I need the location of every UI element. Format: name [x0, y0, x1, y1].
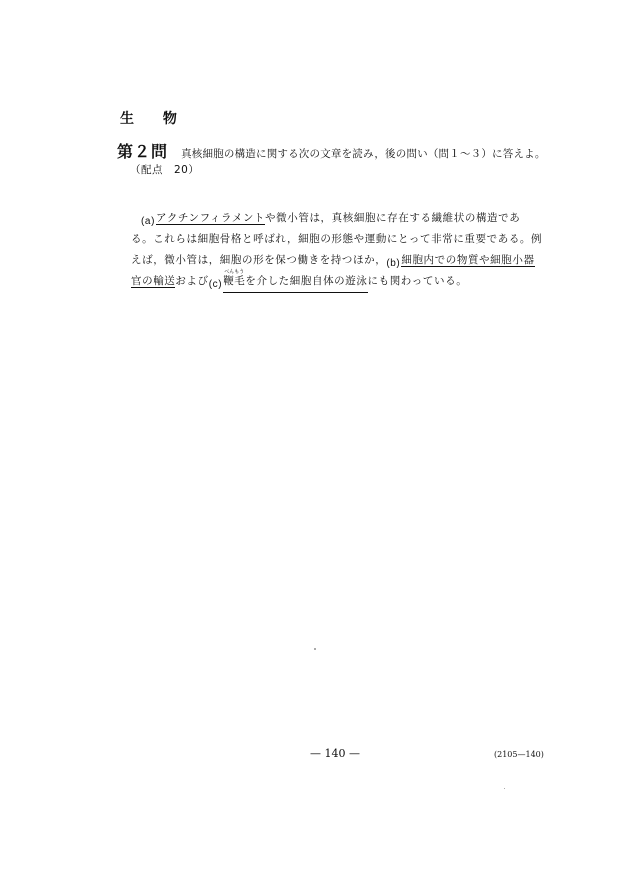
passage-line-2: る。これらは細胞骨格と呼ばれ，細胞の形態や運動にとって非常に重要である。例	[131, 229, 543, 250]
scan-speck	[504, 788, 505, 789]
subject-heading: 生 物	[120, 108, 189, 128]
question-points: （配点 20）	[130, 162, 199, 177]
passage-text: えば，微小管は，細胞の形を保つ働きを持つほか，	[131, 254, 386, 266]
passage-text: にも関わっている。	[368, 275, 468, 287]
page-number: — 140 —	[310, 747, 360, 760]
underlined-term-c: べんもう鞭毛を介した細胞自体の遊泳	[223, 271, 367, 293]
label-a: (a)	[141, 216, 155, 227]
question-header: 第２問 真核細胞の構造に関する次の文章を読み，後の問い（問１～３）に答えよ。	[117, 139, 546, 162]
label-c: (c)	[209, 279, 222, 290]
page-code: (2105—140)	[494, 750, 544, 759]
passage-line-1: (a)アクチンフィラメントや微小管は，真核細胞に存在する繊維状の構造であ	[131, 208, 543, 229]
furigana: べんもう	[224, 262, 244, 283]
scan-speck	[314, 648, 316, 650]
passage: (a)アクチンフィラメントや微小管は，真核細胞に存在する繊維状の構造であ る。こ…	[131, 208, 543, 292]
passage-line-4: 官の輸送および(c)べんもう鞭毛を介した細胞自体の遊泳にも関わっている。	[131, 271, 543, 292]
label-b: (b)	[386, 258, 400, 269]
underlined-term-b-continued: 官の輸送	[131, 275, 175, 288]
question-number: 第２問	[117, 142, 168, 161]
passage-line-3: えば，微小管は，細胞の形を保つ働きを持つほか，(b)細胞内での物質や細胞小器	[131, 250, 543, 271]
question-instruction: 真核細胞の構造に関する次の文章を読み，後の問い（問１～３）に答えよ。	[181, 148, 545, 160]
passage-text: や微小管は，真核細胞に存在する繊維状の構造であ	[265, 212, 520, 224]
underlined-term-a: アクチンフィラメント	[156, 212, 265, 225]
passage-text: および	[175, 275, 208, 287]
underlined-term-b: 細胞内での物質や細胞小器	[401, 254, 534, 267]
